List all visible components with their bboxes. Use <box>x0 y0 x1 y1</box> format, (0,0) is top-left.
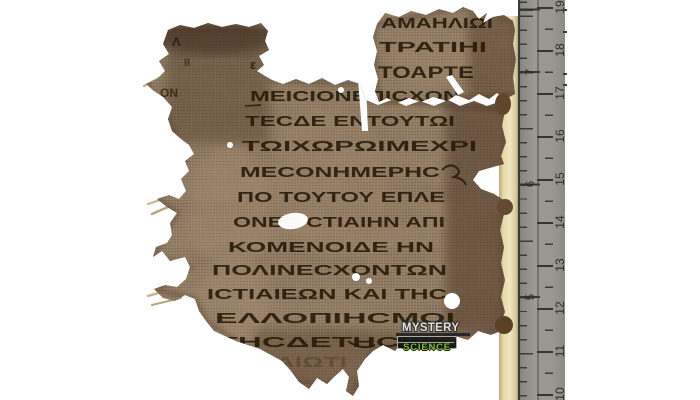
ruler-inch-label: 6 <box>525 173 537 195</box>
watermark-line2: SCIENCE <box>403 342 451 353</box>
ruler-cm-label: 18 <box>554 39 566 61</box>
papyrus-text-line-faint: ΤΙΑΙΩΤΙ <box>252 354 347 371</box>
ruler-inch-label: 5 <box>525 286 537 308</box>
papyrus-text-line: ΤΕCΔΕ ΕΝΤΟΥΤΩΙ <box>245 113 455 130</box>
ruler-edge-mark <box>563 73 567 75</box>
papyrus-text-line: ΑΜΑΗΛΙΩΙ <box>381 15 493 32</box>
watermark-gloss-stripe <box>398 342 454 343</box>
watermark-logo: MYSTERY SCIENCE <box>396 319 474 349</box>
papyrus-text-line: ΤΩΙΧΩΡΩΙΜΕΧΡΙ <box>242 138 477 155</box>
papyrus-text-line: ΙCΤΙΑΙΕΩΝ ΚΑΙ ΤΗC <box>207 286 447 303</box>
ruler-cm-label: 14 <box>554 211 566 233</box>
ruler-cm-label: 15 <box>554 168 566 190</box>
papyrus-text-line: ΟΝΕC CΤΙΑΙΗΝ ΑΠΙ <box>233 214 445 231</box>
marginal-mark: ε <box>250 57 256 72</box>
ruler-cm-label: 11 <box>554 340 566 362</box>
ruler-edge-mark <box>563 31 567 33</box>
ruler-edge-mark <box>563 84 567 86</box>
papyrus-fragment: ΑΜΑΗΛΙΩΙ ΤΡΑΤΙΗΙ ΤΟΑΡΤΕ ΜΕΙCΙΟΝΕΠΙCΧΟΝ Τ… <box>0 0 700 400</box>
papyrus-text-line: ΠΟ ΤΟΥΤΟΥ ΕΠΛΕ <box>237 189 445 206</box>
measurement-ruler: 19 18 17 16 15 14 13 12 11 10 7 6 5 <box>518 0 565 400</box>
watermark-line1: MYSTERY <box>402 320 459 334</box>
ruler-cm-label: 10 <box>554 383 566 400</box>
papyrus-text-line: ΜΕΙCΙΟΝΕΠΙCΧΟΝ <box>250 88 460 105</box>
marginal-mark: ΟΝ <box>160 86 178 100</box>
ruler-cm-label: 16 <box>554 125 566 147</box>
ruler-inch-label: 7 <box>525 61 537 83</box>
ruler-cm-main-ticks <box>537 0 553 400</box>
papyrus-text-line: ΤΟΑΡΤΕ <box>378 63 474 82</box>
marginal-mark: Λ <box>172 34 181 49</box>
ruler-edge-mark <box>563 9 567 11</box>
papyrus-text-line: ΠΟΛΙΝΕCΧΟΝΤΩΝ <box>212 262 447 279</box>
ruler-cm-label: 12 <box>554 297 566 319</box>
photo-canvas: ΑΜΑΗΛΙΩΙ ΤΡΑΤΙΗΙ ΤΟΑΡΤΕ ΜΕΙCΙΟΝΕΠΙCΧΟΝ Τ… <box>0 0 700 400</box>
papyrus-text-line: ΜΕCΟΝΗΜΕΡΗC <box>240 164 440 181</box>
papyrus-text-line: ΤΡΑΤΙΗΙ <box>379 39 487 56</box>
ruler-cm-label: 13 <box>554 254 566 276</box>
papyrus-text-line: ΚΟΜΕΝΟΙΔΕ ΗΝ <box>228 239 434 256</box>
marginal-mark: ΙΙ <box>184 57 190 69</box>
